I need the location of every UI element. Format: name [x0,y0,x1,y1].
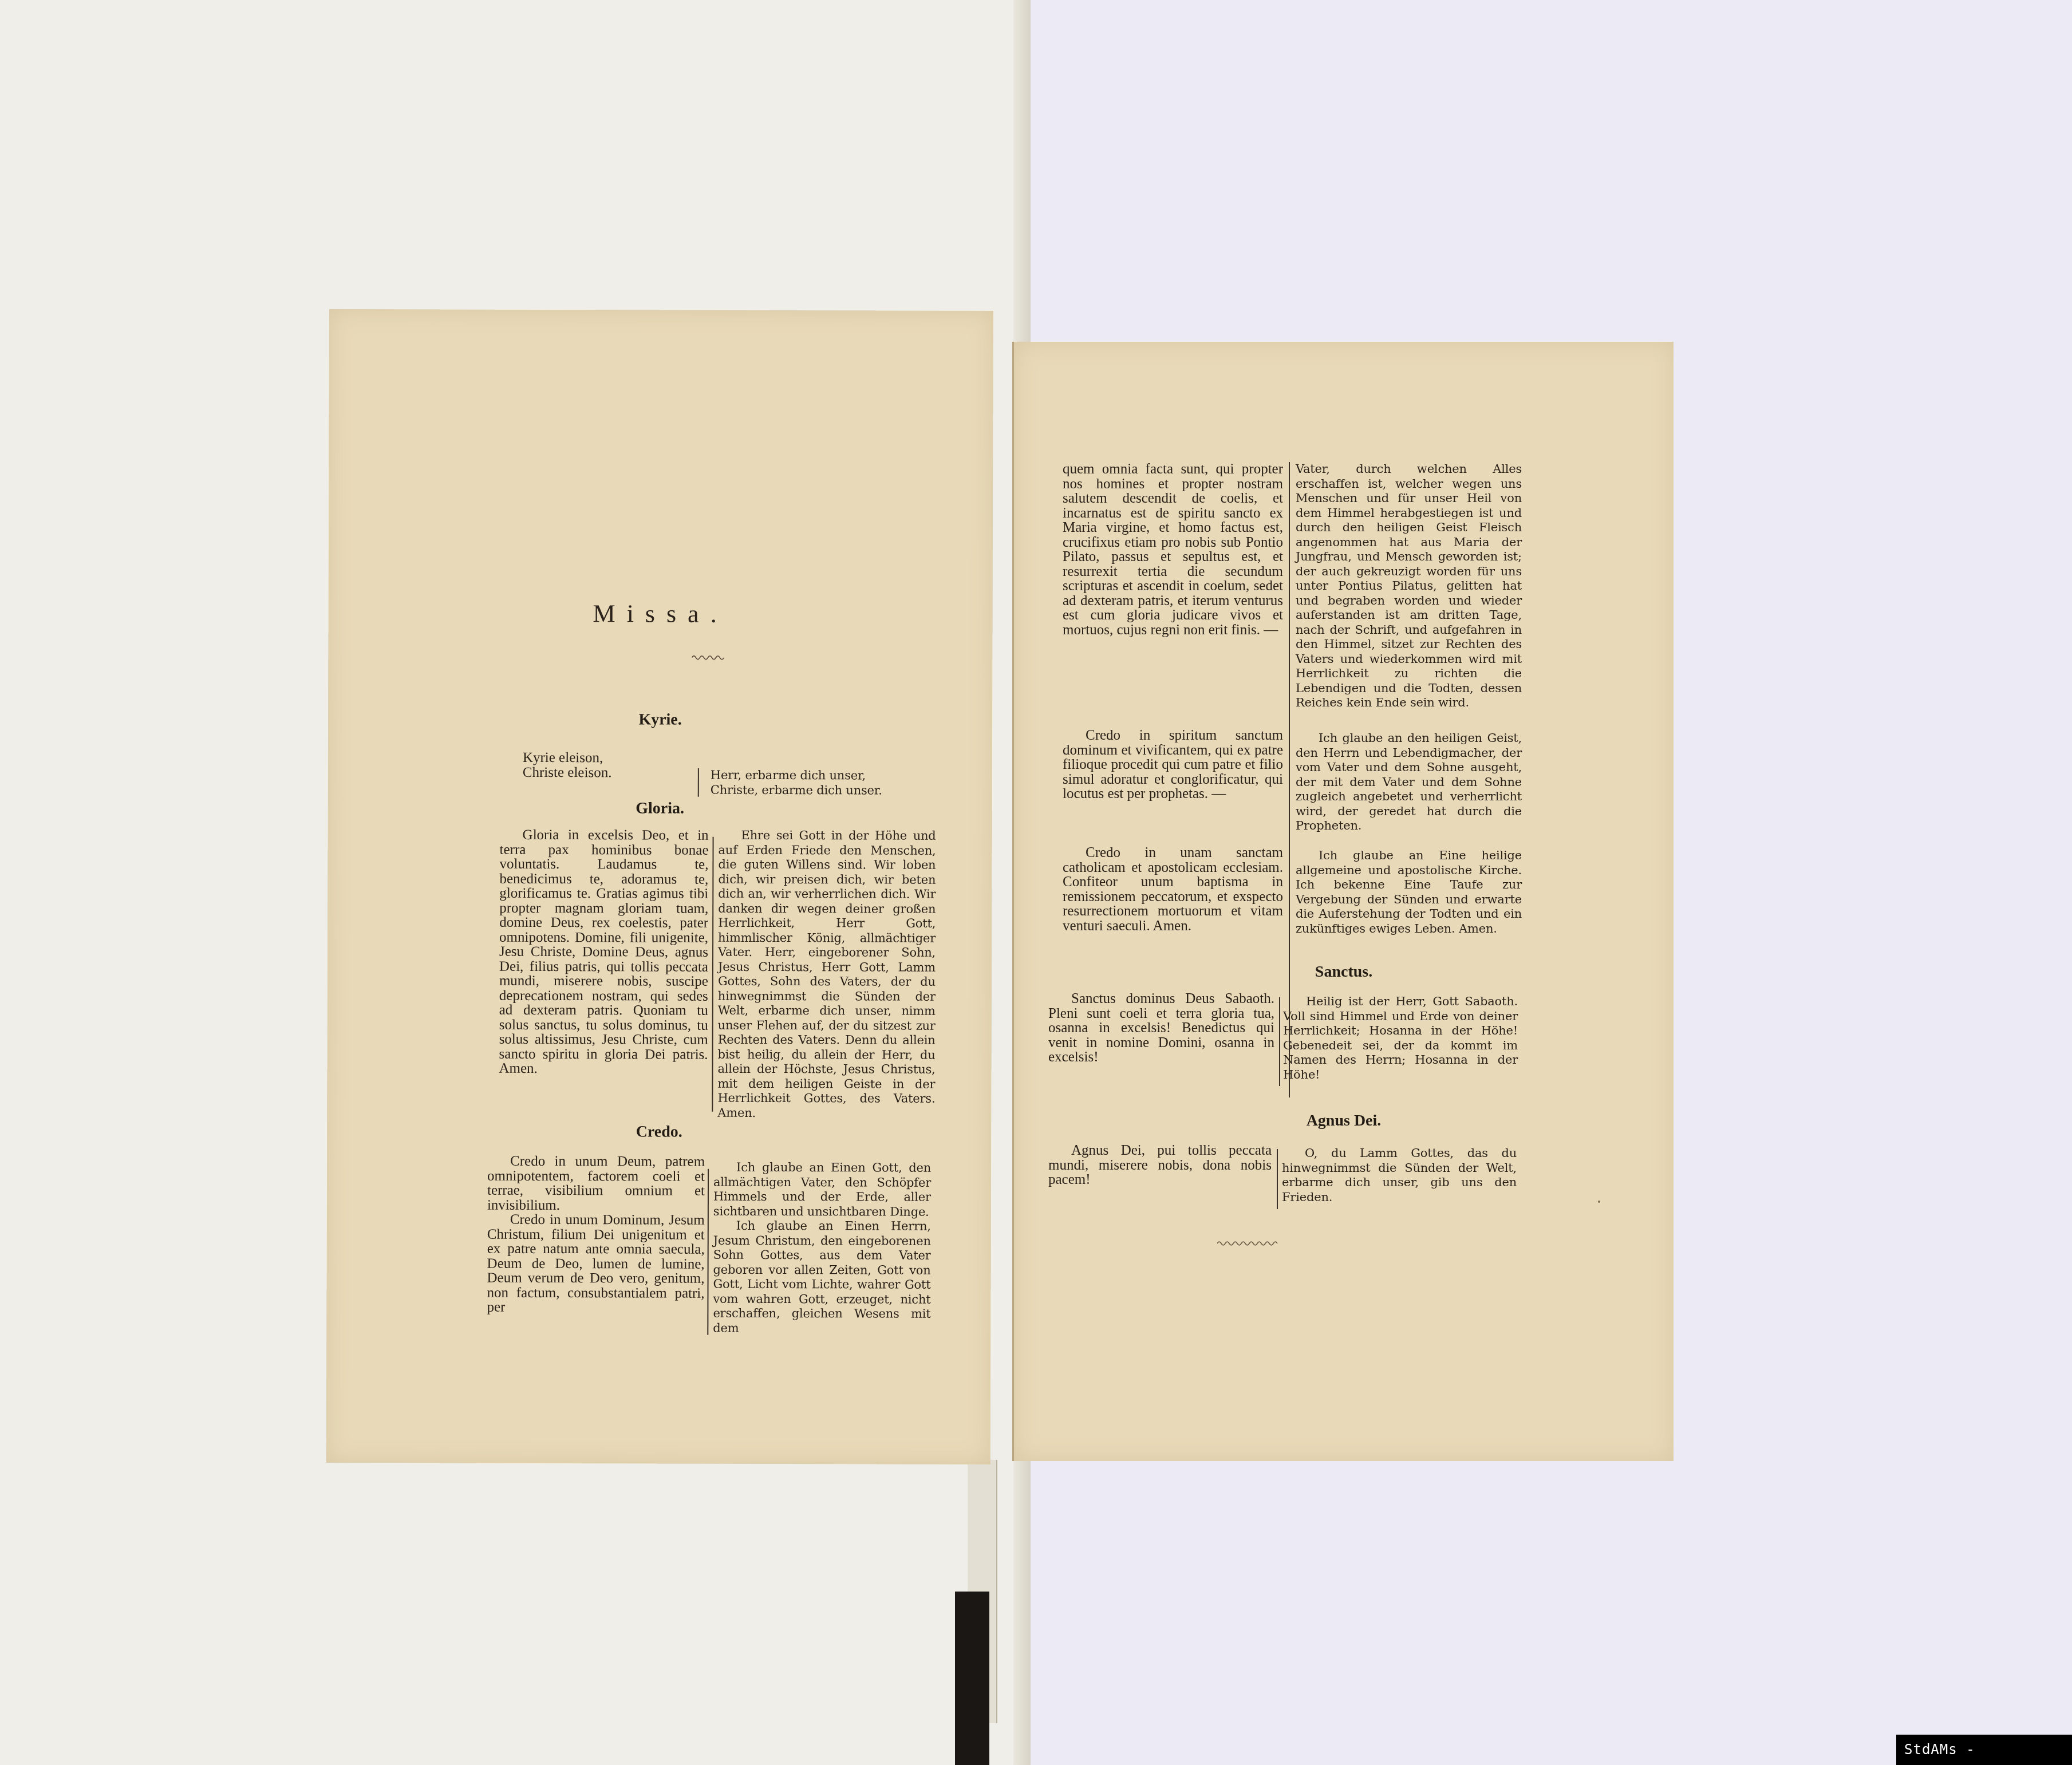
column-divider [1277,1149,1278,1209]
agnus-dei-latin-text: Agnus Dei, pui tollis peccata mundi, mis… [1048,1143,1272,1187]
column-divider [1279,997,1280,1086]
credo-cont-german-text: Vater, durch welchen Alles erschaffen is… [1296,462,1522,710]
credo-spirit-latin: Credo in spiritum sanctum dominum et viv… [1063,728,1283,801]
credo-church-latin: Credo in unam sanctam catholicam et apos… [1063,846,1283,933]
section-heading-kyrie: Kyrie. [328,710,992,730]
credo-spirit-latin-text: Credo in spiritum sanctum dominum et viv… [1063,728,1283,801]
sanctus-german: Heilig ist der Herr, Gott Sabaoth. Voll … [1283,994,1518,1082]
gloria-latin: Gloria in excelsis Deo, et in terra pax … [499,828,708,1076]
credo-german-p2: Ich glaube an Einen Herrn, Jesum Christu… [713,1219,931,1336]
credo-german: Ich glaube an Einen Gott, den allmächtig… [713,1160,931,1336]
kyrie-latin: Kyrie eleison, Christe eleison. [523,751,694,780]
credo-church-german: Ich glaube an Eine heilige allgemeine un… [1296,848,1522,936]
right-page: quem omnia facta sunt, qui propter nos h… [1012,342,1674,1461]
section-heading-agnus-dei: Agnus Dei. [1014,1112,1674,1130]
gloria-german: Ehre sei Gott in der Höhe und auf Erden … [717,828,936,1121]
sanctus-german-text: Heilig ist der Herr, Gott Sabaoth. Voll … [1283,994,1518,1082]
page-title: Missa. [329,598,993,629]
agnus-dei-german-text: O, du Lamm Gottes, das du hinwegnimmst d… [1282,1146,1517,1205]
credo-german-p1: Ich glaube an Einen Gott, den allmächtig… [713,1160,931,1219]
column-divider [698,768,699,797]
gloria-latin-text: Gloria in excelsis Deo, et in terra pax … [499,828,708,1076]
archive-id-label: StdAMs - MV_004_069 [1896,1735,2072,1765]
credo-latin-p2: Credo in unum Dominum, Jesum Christum, f… [487,1213,704,1315]
gloria-german-text: Ehre sei Gott in der Höhe und auf Erden … [717,828,936,1121]
credo-latin-p1: Credo in unum Deum, patrem omnipotentem,… [487,1154,705,1213]
left-page: Missa. Kyrie. Kyrie eleison, Christe ele… [326,309,993,1464]
section-heading-gloria: Gloria. [328,799,992,819]
credo-cont-latin: quem omnia facta sunt, qui propter nos h… [1063,462,1283,637]
credo-cont-latin-text: quem omnia facta sunt, qui propter nos h… [1063,462,1283,637]
agnus-dei-latin: Agnus Dei, pui tollis peccata mundi, mis… [1048,1143,1272,1187]
section-heading-sanctus: Sanctus. [1014,963,1674,981]
credo-cont-german: Vater, durch welchen Alles erschaffen is… [1296,462,1522,710]
credo-spirit-german-text: Ich glaube an den heiligen Geist, den He… [1296,731,1522,834]
kyrie-german-line: Herr, erbarme dich unser, [711,768,905,783]
column-divider [712,837,713,1112]
credo-spirit-german: Ich glaube an den heiligen Geist, den He… [1296,731,1522,834]
decorative-squiggle-icon [1217,1239,1278,1247]
paper-speck [1598,1201,1600,1203]
column-divider [707,1169,709,1335]
credo-church-latin-text: Credo in unam sanctam catholicam et apos… [1063,846,1283,933]
decorative-squiggle-icon [692,654,724,662]
kyrie-latin-line: Christe eleison. [523,765,694,780]
credo-church-german-text: Ich glaube an Eine heilige allgemeine un… [1296,848,1522,936]
binding-gap [955,1592,989,1765]
section-heading-credo: Credo. [327,1122,991,1142]
kyrie-latin-line: Kyrie eleison, [523,751,694,765]
sanctus-latin-text: Sanctus dominus Deus Sabaoth. Pleni sunt… [1048,992,1274,1065]
kyrie-german-line: Christe, erbarme dich unser. [711,783,905,797]
credo-latin: Credo in unum Deum, patrem omnipotentem,… [487,1154,705,1315]
sanctus-latin: Sanctus dominus Deus Sabaoth. Pleni sunt… [1048,992,1274,1065]
kyrie-german: Herr, erbarme dich unser, Christe, erbar… [711,768,905,798]
agnus-dei-german: O, du Lamm Gottes, das du hinwegnimmst d… [1282,1146,1517,1205]
